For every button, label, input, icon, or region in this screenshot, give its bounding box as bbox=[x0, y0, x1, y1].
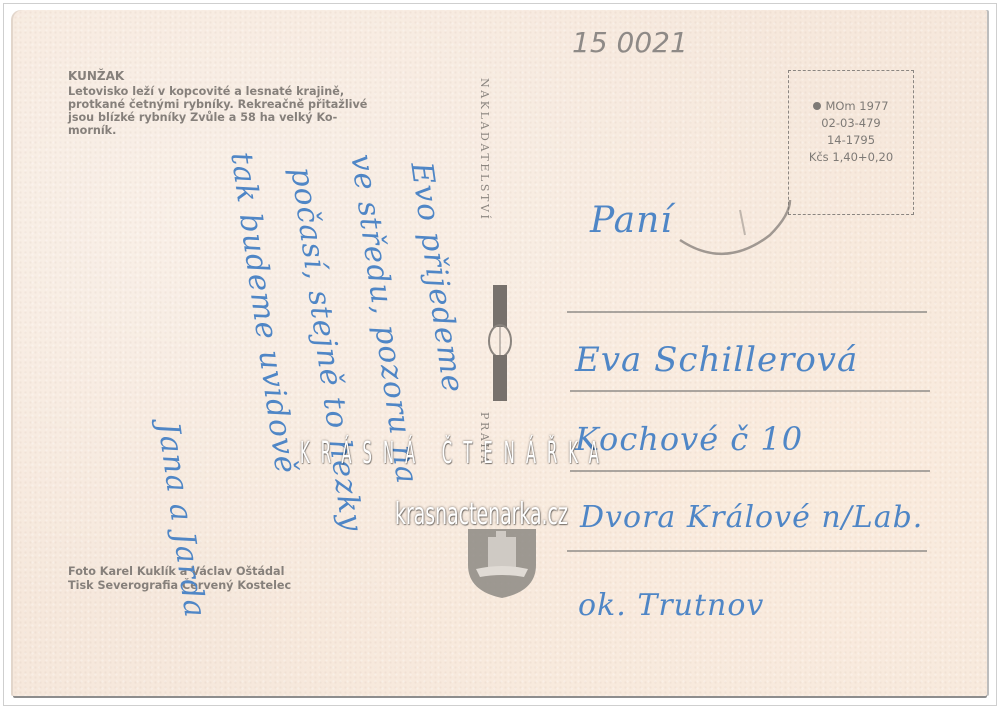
handwritten-address-line: ok. Trutnov bbox=[578, 588, 764, 623]
watermark-url: krasnactenarka.cz bbox=[395, 497, 568, 532]
handwritten-address-line: Eva Schillerová bbox=[575, 340, 858, 380]
pressfoto-logo-icon bbox=[487, 285, 513, 401]
printed-description: KUNŽAK Letovisko leží v kopcovité a lesn… bbox=[68, 70, 438, 137]
address-rule bbox=[570, 390, 930, 392]
handwritten-salutation: Paní bbox=[590, 200, 673, 241]
bullet-icon bbox=[813, 102, 821, 110]
description-line: Letovisko leží v kopcovité a lesnaté kra… bbox=[68, 85, 438, 98]
stamp-series: MOm 1977 bbox=[825, 99, 888, 113]
description-title: KUNŽAK bbox=[68, 70, 438, 83]
watermark-title: KRÁSNÁ ČTENÁŘKA bbox=[300, 436, 610, 471]
tourism-emblem-icon bbox=[462, 525, 542, 600]
publisher-label: NAKLADATELSTVÍ bbox=[478, 78, 491, 221]
address-rule bbox=[567, 550, 927, 552]
pencil-number: 15 0021 bbox=[572, 26, 688, 59]
postmark-icon bbox=[640, 110, 810, 270]
publisher-vertical-text: NAKLADATELSTVÍ bbox=[478, 78, 491, 221]
address-rule bbox=[567, 311, 927, 313]
description-line: morník. bbox=[68, 124, 438, 137]
handwritten-address-line: Dvora Králové n/Lab. bbox=[580, 500, 923, 535]
description-line: protkané četnými rybníky. Rekreačně přit… bbox=[68, 98, 438, 111]
description-line: jsou blízké rybníky Zvůle a 58 ha velký … bbox=[68, 111, 438, 124]
address-rule bbox=[570, 470, 930, 472]
